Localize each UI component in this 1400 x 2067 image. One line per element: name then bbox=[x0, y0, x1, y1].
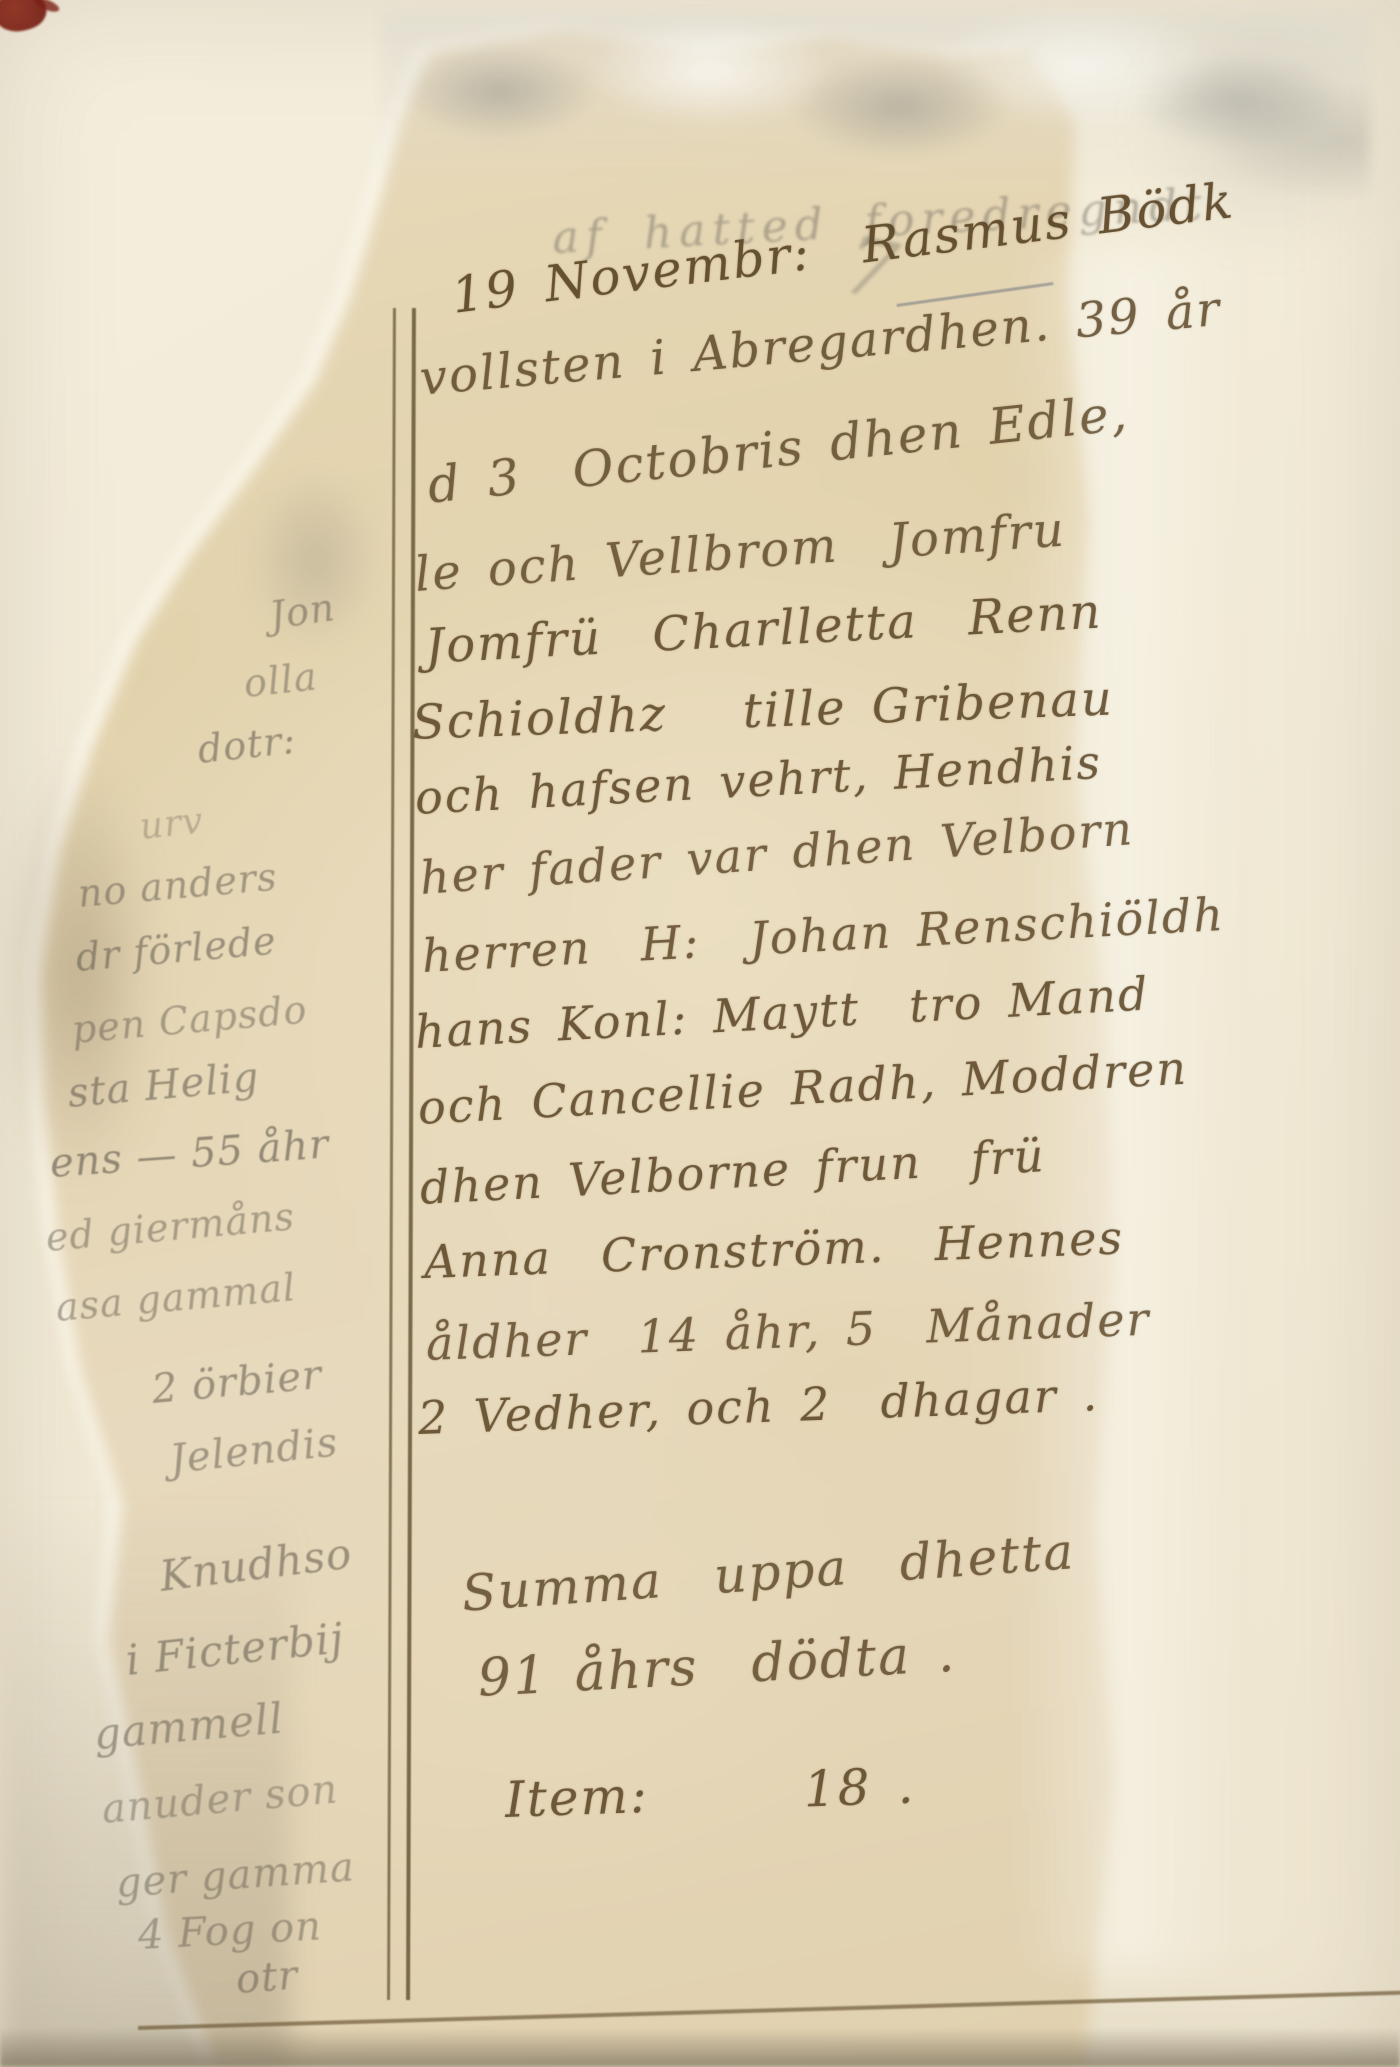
entry-line: Summa uppa dhetta bbox=[460, 1523, 1077, 1623]
entry-line: 2 Vedher, och 2 dhagar . bbox=[417, 1368, 1100, 1445]
entry-line: dhen Velborne frun frü bbox=[419, 1129, 1047, 1215]
entry-line: och hafsen vehrt, Hendhis bbox=[414, 736, 1104, 825]
margin-line: Jelendis bbox=[168, 1420, 341, 1481]
margin-line: 2 örbier bbox=[150, 1353, 324, 1412]
right-paper-sheen bbox=[1015, 250, 1245, 1970]
entry-line: Schioldhz tille Gribenau bbox=[411, 672, 1115, 752]
gray-stain bbox=[250, 470, 380, 650]
entry-line: Item: 18 . bbox=[504, 1758, 916, 1830]
entry-line: Jomfrü Charlletta Renn bbox=[424, 585, 1104, 676]
vertical-margin-rule bbox=[387, 308, 416, 2000]
margin-line: ed giermåns bbox=[44, 1196, 296, 1259]
left-edge-stain bbox=[0, 760, 155, 1190]
bottom-left-stain bbox=[0, 1500, 290, 2067]
entry-line: 91 åhrs dödta . bbox=[476, 1625, 957, 1710]
manuscript-page: af hatted foredregndt 7 19 Novembr: Rasm… bbox=[0, 0, 1400, 2067]
margin-line: olla bbox=[242, 656, 320, 705]
margin-line: asa gammal bbox=[54, 1267, 297, 1330]
entry-line: le och Vellbrom Jomfru bbox=[413, 503, 1067, 604]
bottom-horizontal-rule bbox=[138, 1991, 1400, 2030]
page-bottom-shadow bbox=[0, 2028, 1400, 2067]
margin-line: dotr: bbox=[196, 720, 298, 772]
